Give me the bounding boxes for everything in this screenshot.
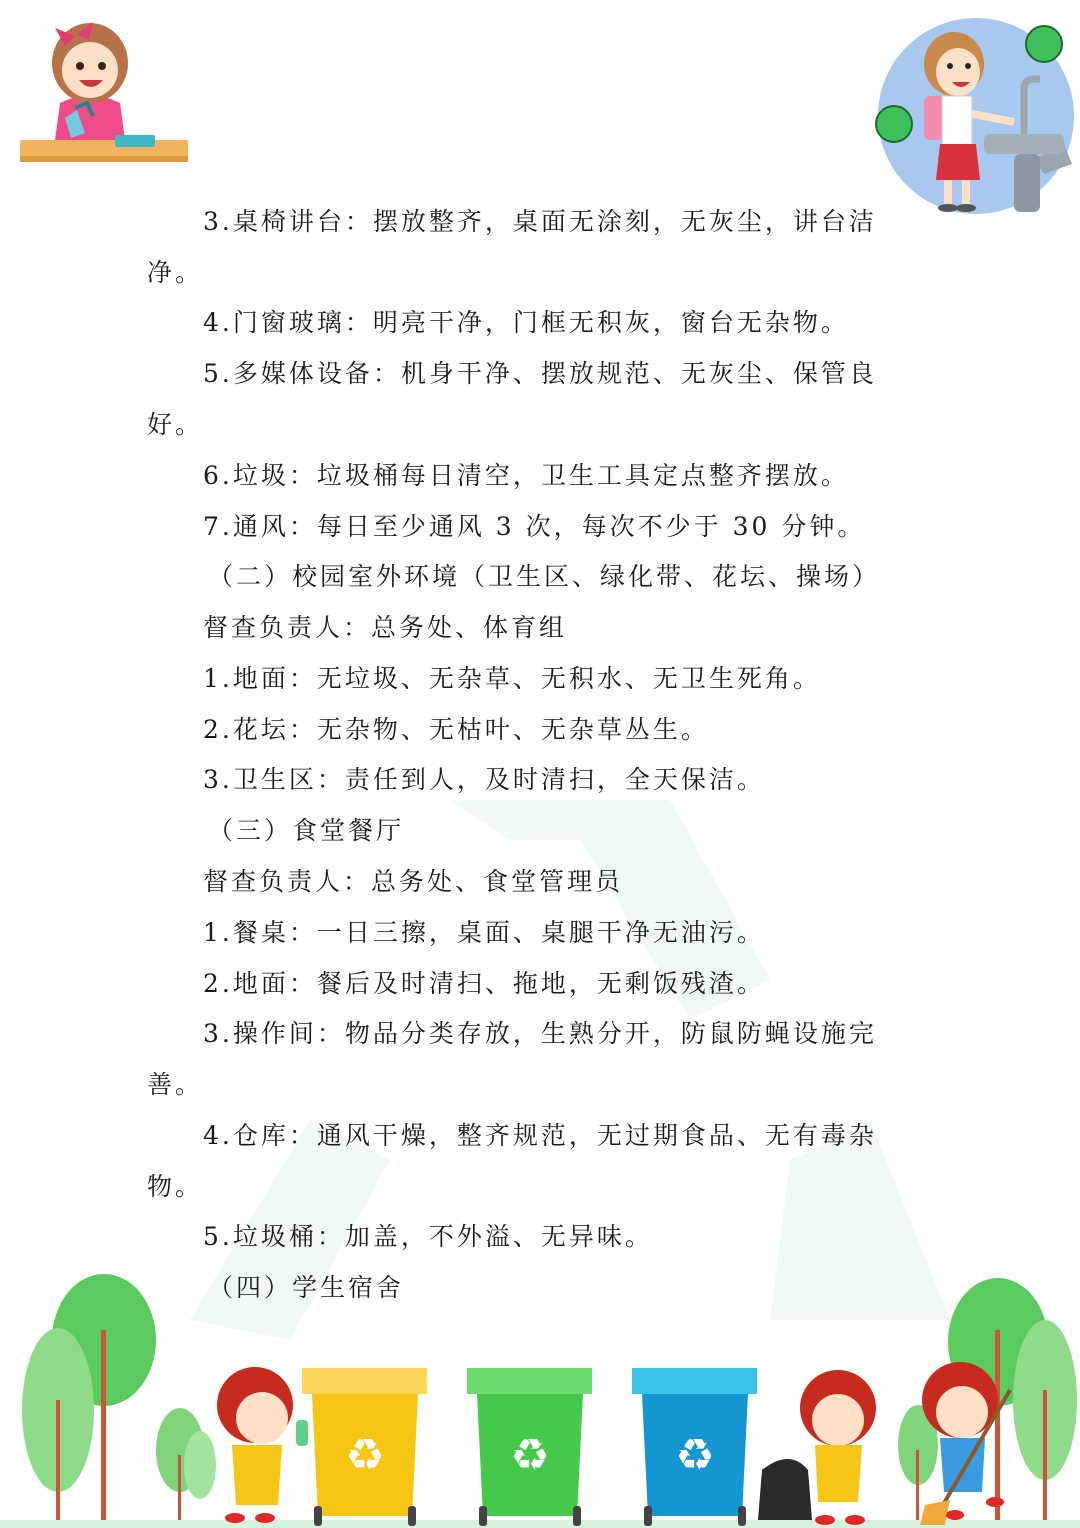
text-line: 7.通风：每日至少通风 3 次，每次不少于 30 分钟。	[203, 510, 865, 544]
text-line: 3.操作间：物品分类存放，生熟分开，防鼠防蝇设施完	[203, 1017, 877, 1051]
text-line: 好。	[147, 408, 203, 442]
boy-with-trash-bag	[800, 1370, 876, 1525]
text-line: 1.地面：无垃圾、无杂草、无积水、无卫生死角。	[203, 662, 821, 696]
text-line: 净。	[147, 256, 203, 290]
text-line: 4.仓库：通风干燥，整齐规范，无过期食品、无有毒杂	[203, 1119, 877, 1153]
supervisor-line: 督查负责人：总务处、食堂管理员	[203, 865, 623, 899]
trash-bag	[758, 1459, 812, 1520]
recycle-icon: ♻	[510, 1430, 549, 1481]
section-heading: （二）校园室外环境（卫生区、绿化带、花坛、操场）	[208, 560, 880, 594]
recycle-icon: ♻	[675, 1430, 714, 1481]
recycling-scene-illustration: ♻ ♻ ♻	[0, 1270, 1080, 1528]
yellow-recycle-bin: ♻	[302, 1368, 427, 1526]
ground	[0, 1520, 1080, 1528]
text-line: 5.垃圾桶：加盖，不外溢、无异味。	[203, 1220, 653, 1254]
section-heading: （三）食堂餐厅	[208, 814, 404, 848]
text-line: 6.垃圾：垃圾桶每日清空，卫生工具定点整齐摆放。	[203, 459, 849, 493]
blue-recycle-bin: ♻	[632, 1368, 757, 1526]
girl-cleaning-table-illustration	[15, 8, 190, 168]
text-line: 物。	[147, 1170, 203, 1204]
text-line: 1.餐桌：一日三擦，桌面、桌腿干净无油污。	[203, 916, 765, 950]
supervisor-line: 督查负责人：总务处、体育组	[203, 611, 567, 645]
boy-wiping-bin	[217, 1367, 308, 1523]
text-line: 2.花坛：无杂物、无枯叶、无杂草丛生。	[203, 713, 709, 747]
text-line: 5.多媒体设备：机身干净、摆放规范、无灰尘、保管良	[203, 357, 877, 391]
text-line: 3.桌椅讲台：摆放整齐，桌面无涂刻，无灰尘，讲台洁	[203, 205, 877, 239]
text-line: 善。	[147, 1068, 203, 1102]
text-line: 3.卫生区：责任到人，及时清扫，全天保洁。	[203, 763, 765, 797]
girl-washing-hands-illustration	[864, 4, 1076, 216]
text-line: 2.地面：餐后及时清扫、拖地，无剩饭残渣。	[203, 967, 765, 1001]
green-recycle-bin: ♻	[467, 1368, 592, 1526]
recycle-icon: ♻	[345, 1430, 384, 1481]
text-line: 4.门窗玻璃：明亮干净，门框无积灰，窗台无杂物。	[203, 306, 849, 340]
